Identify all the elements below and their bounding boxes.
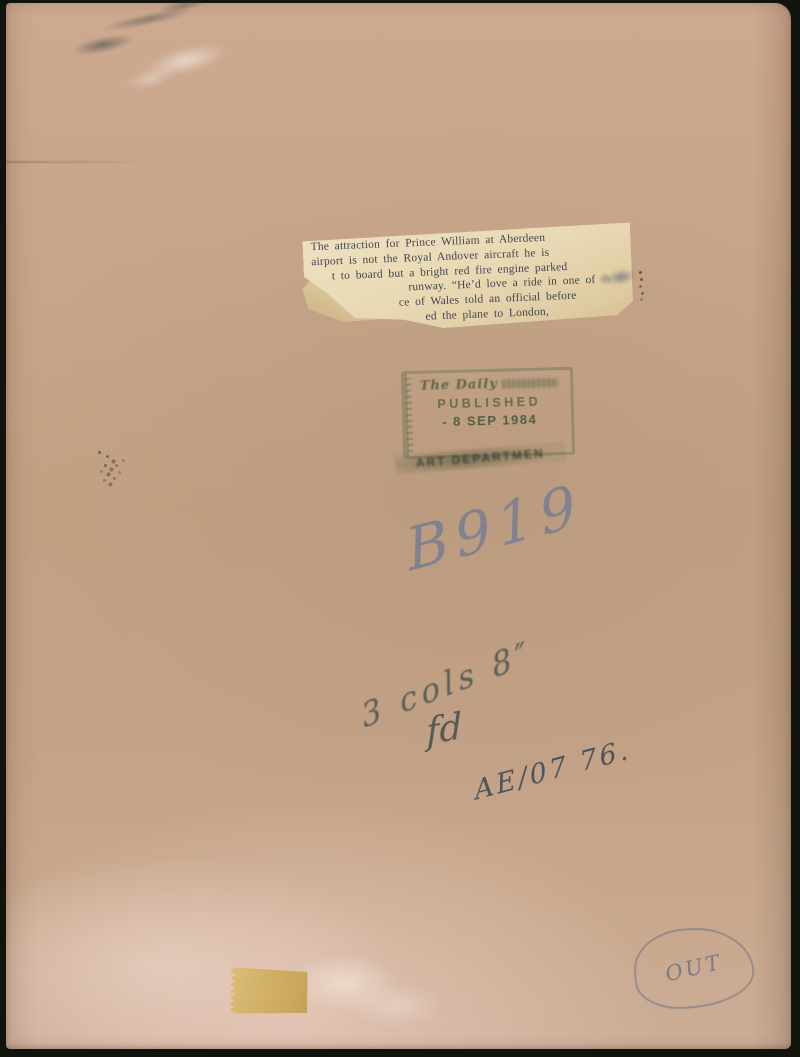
handwritten-initials: fd bbox=[426, 706, 463, 754]
stamp-date: - 8 SEP 1984 bbox=[408, 411, 571, 430]
ink-marks bbox=[639, 271, 642, 274]
photo-back-paper: within come it the ni The attraction for… bbox=[6, 3, 791, 1049]
out-label: OUT bbox=[663, 950, 725, 986]
out-circle-annotation: OUT bbox=[631, 924, 756, 1012]
tape-residue bbox=[229, 967, 309, 1016]
paper-crease bbox=[6, 161, 148, 163]
stamp-department: ART DEPARTMEN bbox=[395, 442, 566, 475]
stamp-smudge bbox=[502, 378, 558, 388]
publication-date-stamp: The Daily PUBLISHED - 8 SEP 1984 ART DEP… bbox=[401, 367, 575, 459]
ink-speckles bbox=[98, 451, 101, 454]
handwritten-code: B919 bbox=[402, 470, 588, 584]
stamp-published-label: PUBLISHED bbox=[408, 394, 571, 412]
stamp-newspaper-name: The Daily bbox=[407, 375, 570, 394]
handwritten-reference: AE/07 76. bbox=[472, 734, 633, 807]
photo-back-scan: within come it the ni The attraction for… bbox=[0, 0, 800, 1057]
worn-paper-patch bbox=[284, 947, 454, 1037]
